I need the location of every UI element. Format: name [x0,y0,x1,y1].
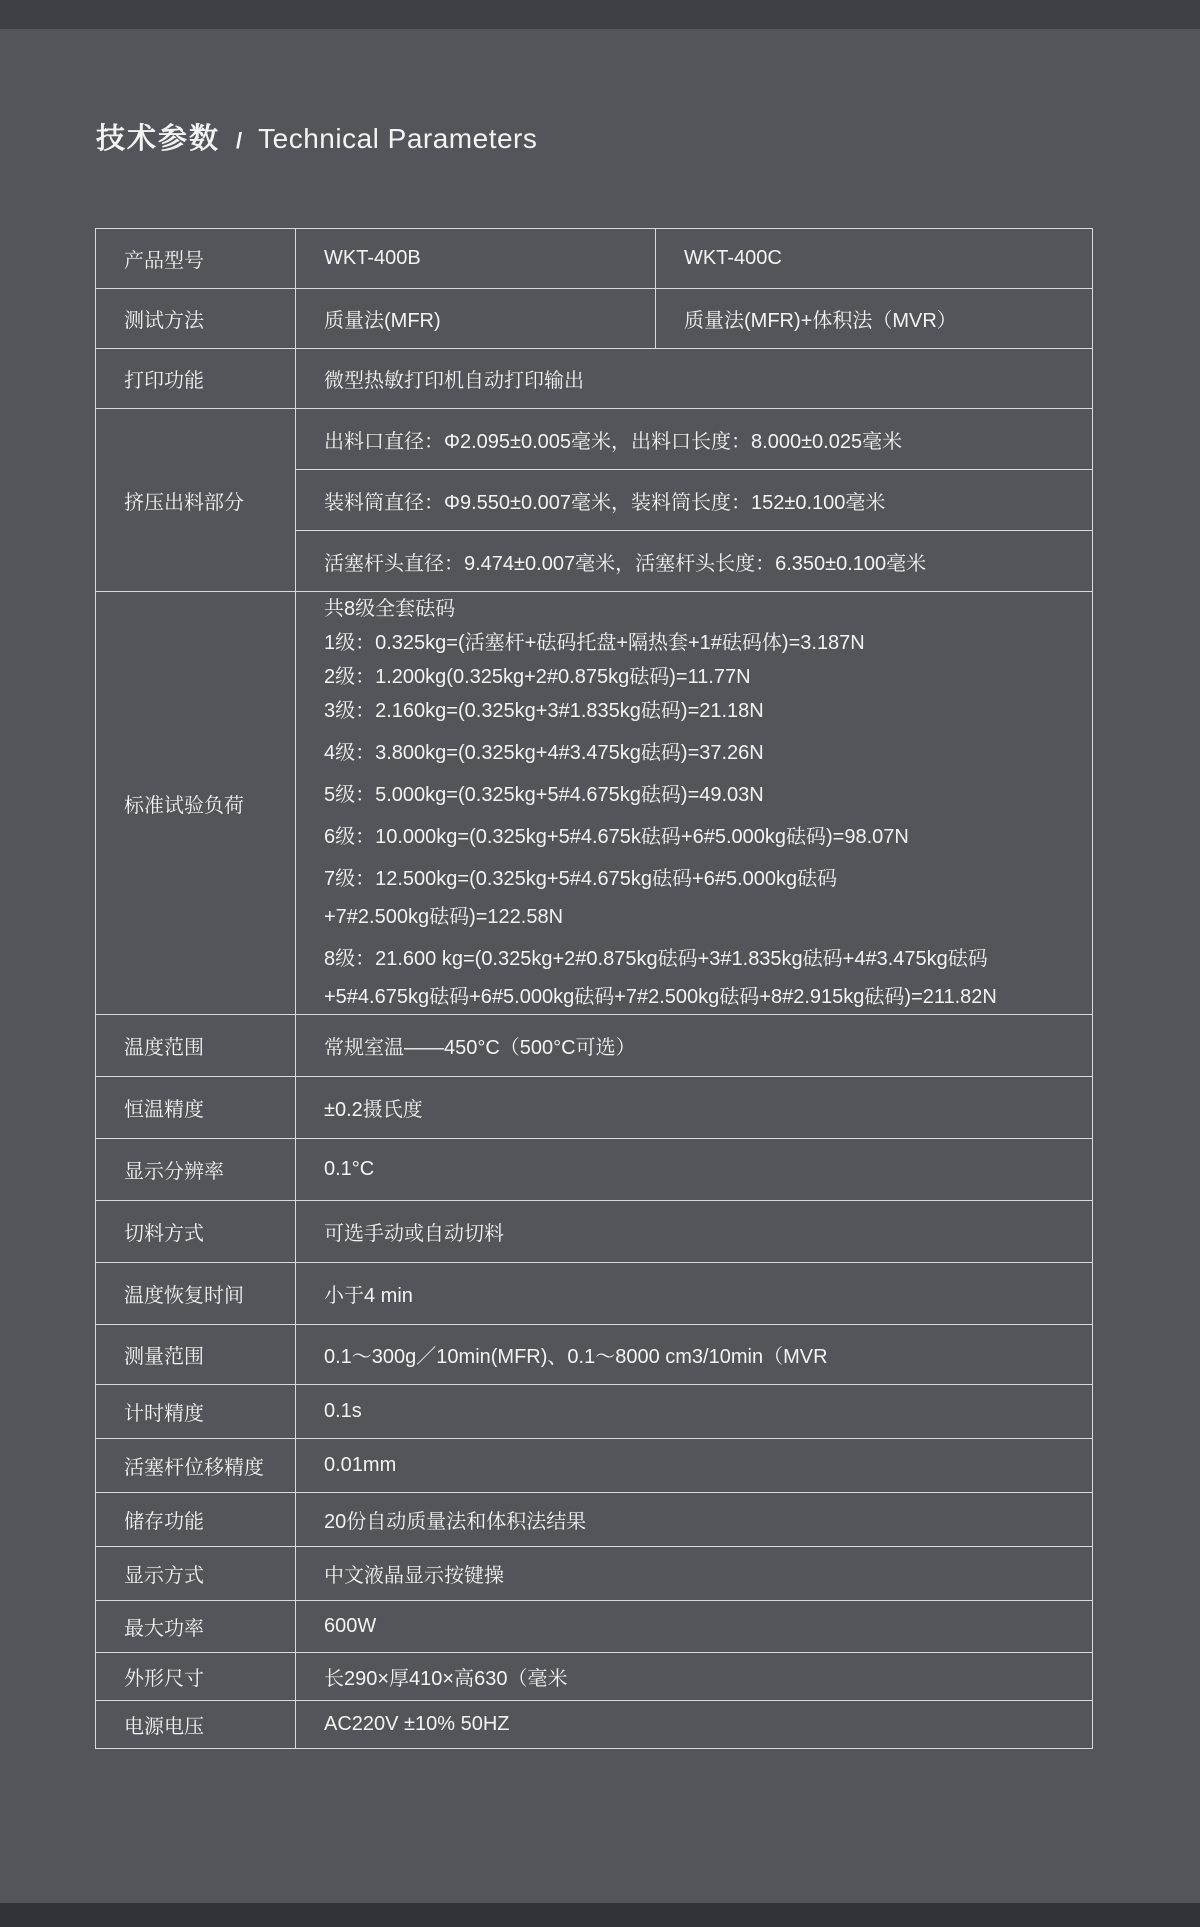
spec-value: 可选手动或自动切料 [296,1201,1093,1263]
load-line: 1级：0.325kg=(活塞杆+砝码托盘+隔热套+1#砝码体)=3.187N [324,626,1082,660]
spec-value: 20份自动质量法和体积法结果 [296,1493,1093,1547]
table-row: 温度范围 常规室温——450°C（500°C可选） [96,1015,1093,1077]
spec-value: 质量法(MFR) [296,289,656,349]
spec-label: 显示分辨率 [96,1139,296,1201]
spec-label: 测量范围 [96,1325,296,1385]
table-row: 计时精度 0.1s [96,1385,1093,1439]
spec-value: WKT-400B [296,229,656,289]
spec-label: 标准试验负荷 [96,592,296,1015]
spec-label: 温度恢复时间 [96,1263,296,1325]
table-row: 显示分辨率 0.1°C [96,1139,1093,1201]
table-row: 测试方法 质量法(MFR) 质量法(MFR)+体积法（MVR） [96,289,1093,349]
spec-value: 600W [296,1601,1093,1653]
load-line: 2级：1.200kg(0.325kg+2#0.875kg砝码)=11.77N [324,660,1082,694]
spec-label: 切料方式 [96,1201,296,1263]
spec-value: 0.1～300g／10min(MFR)、0.1～8000 cm3/10min（M… [296,1325,1093,1385]
standard-test-load-cell: 共8级全套砝码 1级：0.325kg=(活塞杆+砝码托盘+隔热套+1#砝码体)=… [296,592,1093,1015]
table-row: 电源电压 AC220V ±10% 50HZ [96,1701,1093,1749]
load-line: 8级：21.600 kg=(0.325kg+2#0.875kg砝码+3#1.83… [324,942,1082,976]
table-row: 打印功能 微型热敏打印机自动打印输出 [96,349,1093,409]
spec-label: 产品型号 [96,229,296,289]
table-row: 标准试验负荷 共8级全套砝码 1级：0.325kg=(活塞杆+砝码托盘+隔热套+… [96,592,1093,1015]
spec-value: 装料筒直径：Φ9.550±0.007毫米，装料筒长度：152±0.100毫米 [296,470,1093,531]
spec-label: 温度范围 [96,1015,296,1077]
spec-label: 挤压出料部分 [96,409,296,592]
top-divider-band [0,0,1200,29]
spec-value: AC220V ±10% 50HZ [296,1701,1093,1749]
spec-label: 计时精度 [96,1385,296,1439]
load-line: 4级：3.800kg=(0.325kg+4#3.475kg砝码)=37.26N [324,736,1082,770]
spec-label: 显示方式 [96,1547,296,1601]
spec-value: 0.01mm [296,1439,1093,1493]
spec-value: 微型热敏打印机自动打印输出 [296,349,1093,409]
section-title-en: Technical Parameters [258,123,537,155]
section-title-zh: 技术参数 [96,116,220,157]
bottom-divider-band [0,1903,1200,1927]
spec-value: 0.1s [296,1385,1093,1439]
spec-label: 电源电压 [96,1701,296,1749]
table-row: 最大功率 600W [96,1601,1093,1653]
load-line: 6级：10.000kg=(0.325kg+5#4.675k砝码+6#5.000k… [324,820,1082,854]
table-row: 外形尺寸 长290×厚410×高630（毫米 [96,1653,1093,1701]
load-line: 3级：2.160kg=(0.325kg+3#1.835kg砝码)=21.18N [324,694,1082,728]
load-line: +5#4.675kg砝码+6#5.000kg砝码+7#2.500kg砝码+8#2… [324,980,1082,1014]
load-line: 7级：12.500kg=(0.325kg+5#4.675kg砝码+6#5.000… [324,862,1082,896]
spec-value: 活塞杆头直径：9.474±0.007毫米，活塞杆头长度：6.350±0.100毫… [296,531,1093,592]
section-title: 技术参数 / Technical Parameters [96,116,537,157]
title-separator: / [236,128,242,154]
table-row: 显示方式 中文液晶显示按键操 [96,1547,1093,1601]
load-line: 共8级全套砝码 [324,592,1082,626]
spec-label: 活塞杆位移精度 [96,1439,296,1493]
table-row: 活塞杆位移精度 0.01mm [96,1439,1093,1493]
table-row: 恒温精度 ±0.2摄氏度 [96,1077,1093,1139]
spec-label: 最大功率 [96,1601,296,1653]
technical-parameters-table: 产品型号 WKT-400B WKT-400C 测试方法 质量法(MFR) 质量法… [95,228,1093,1749]
spec-value: 质量法(MFR)+体积法（MVR） [656,289,1093,349]
spec-value: 0.1°C [296,1139,1093,1201]
table-row: 储存功能 20份自动质量法和体积法结果 [96,1493,1093,1547]
spec-value: 小于4 min [296,1263,1093,1325]
spec-label: 外形尺寸 [96,1653,296,1701]
spec-label: 储存功能 [96,1493,296,1547]
spec-value: 常规室温——450°C（500°C可选） [296,1015,1093,1077]
load-line: 5级：5.000kg=(0.325kg+5#4.675kg砝码)=49.03N [324,778,1082,812]
spec-value: 出料口直径：Φ2.095±0.005毫米，出料口长度：8.000±0.025毫米 [296,409,1093,470]
load-line: +7#2.500kg砝码)=122.58N [324,900,1082,934]
spec-label: 恒温精度 [96,1077,296,1139]
table-row: 切料方式 可选手动或自动切料 [96,1201,1093,1263]
table-row: 测量范围 0.1～300g／10min(MFR)、0.1～8000 cm3/10… [96,1325,1093,1385]
spec-value: ±0.2摄氏度 [296,1077,1093,1139]
spec-label: 测试方法 [96,289,296,349]
spec-value: WKT-400C [656,229,1093,289]
table-row: 挤压出料部分 出料口直径：Φ2.095±0.005毫米，出料口长度：8.000±… [96,409,1093,470]
spec-value: 长290×厚410×高630（毫米 [296,1653,1093,1701]
spec-value: 中文液晶显示按键操 [296,1547,1093,1601]
table-row: 温度恢复时间 小于4 min [96,1263,1093,1325]
table-row: 产品型号 WKT-400B WKT-400C [96,229,1093,289]
spec-label: 打印功能 [96,349,296,409]
